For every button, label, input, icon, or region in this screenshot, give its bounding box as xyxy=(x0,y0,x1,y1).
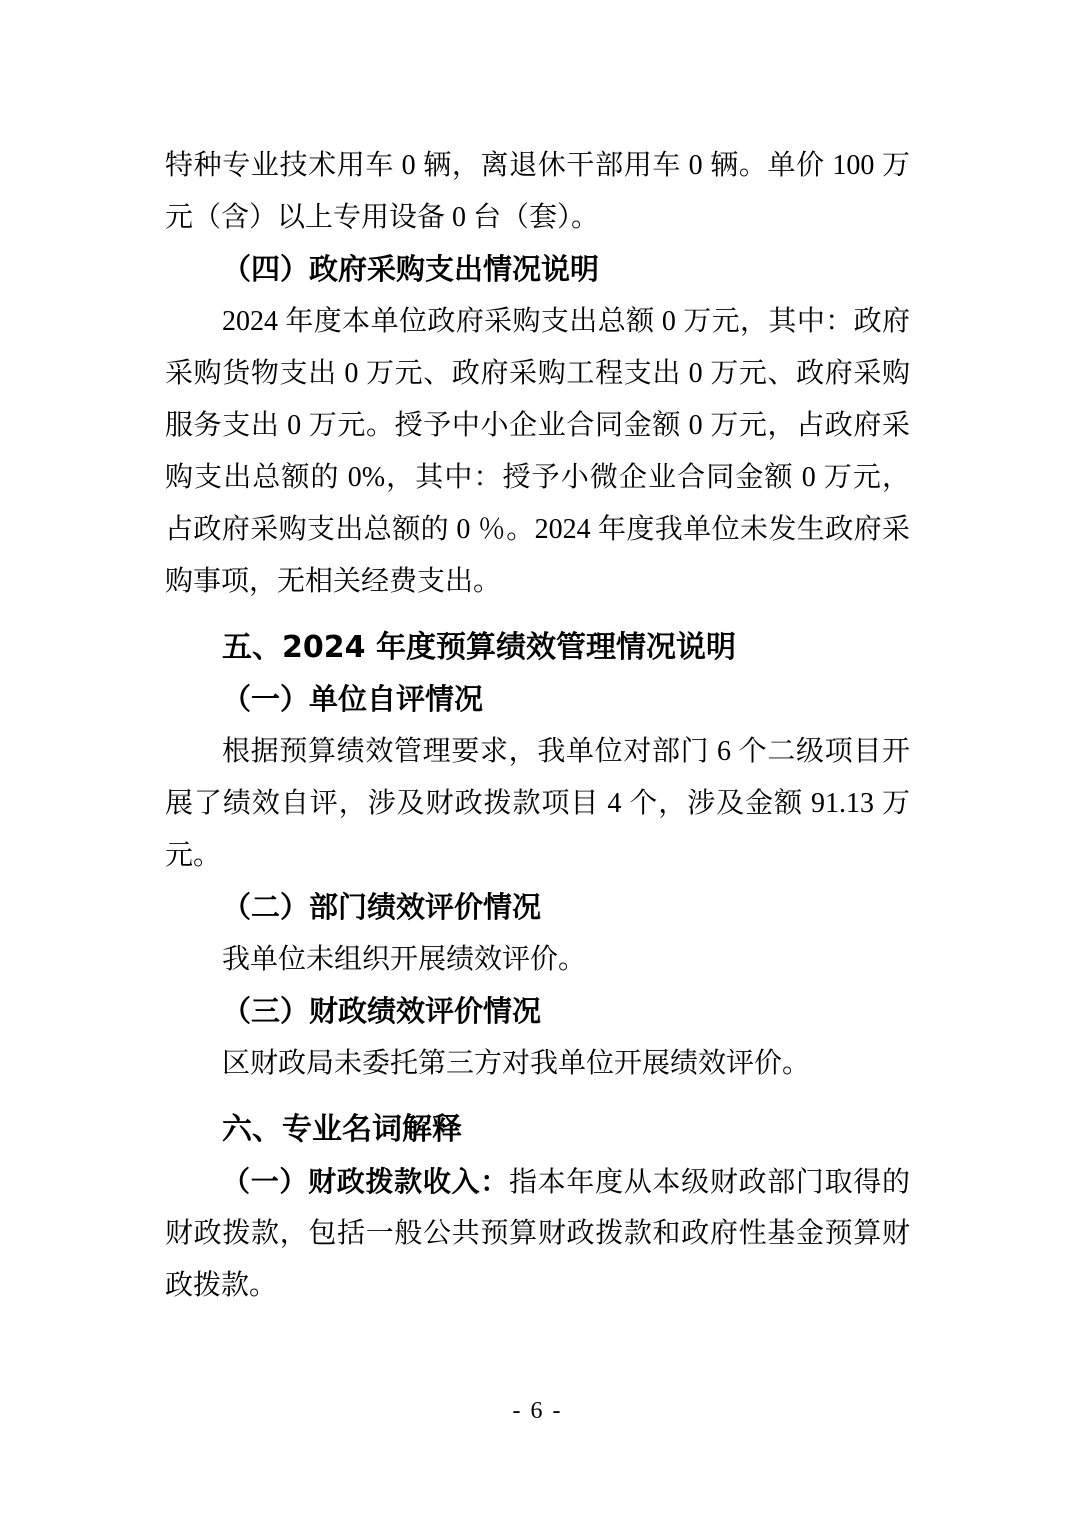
paragraph-line: 财政拨款，包括一般公共预算财政拨款和政府性基金预算财 xyxy=(165,1208,910,1260)
subsection-heading: （三）财政绩效评价情况 xyxy=(165,986,910,1038)
heiti-inline-segment: （一）财政拨款收入： xyxy=(222,1165,509,1198)
kaiti-segment: （二）部门绩效评价情况 xyxy=(222,892,541,924)
text-segment: 财政拨款，包括一般公共预算财政拨款和政府性基金预算财 xyxy=(165,1218,910,1249)
paragraph-line: 根据预算绩效管理要求，我单位对部门 6 个二级项目开 xyxy=(165,726,910,778)
text-segment: 区财政局未委托第三方对我单位开展绩效评价。 xyxy=(222,1048,810,1079)
page-footer: - 6 - xyxy=(0,1398,1075,1442)
paragraph-line: 2024 年度本单位政府采购支出总额 0 万元，其中：政府 xyxy=(165,296,910,348)
document-lines: 特种专业技术用车 0 辆，离退休干部用车 0 辆。单价 100 万元（含）以上专… xyxy=(165,140,910,1312)
text-segment: 根据预算绩效管理要求，我单位对部门 6 个二级项目开 xyxy=(222,736,910,767)
text-segment: 占政府采购支出总额的 0 ％。2024 年度我单位未发生政府采 xyxy=(165,514,910,545)
paragraph-line: 我单位未组织开展绩效评价。 xyxy=(165,934,910,986)
paragraph-line: 服务支出 0 万元。授予中小企业合同金额 0 万元，占政府采 xyxy=(165,400,910,452)
kaiti-segment: （四）政府采购支出情况说明 xyxy=(222,254,599,286)
text-segment: 展了绩效自评，涉及财政拨款项目 4 个，涉及金额 91.13 万 xyxy=(165,788,910,819)
text-segment: 我单位未组织开展绩效评价。 xyxy=(222,944,586,975)
paragraph-line: 展了绩效自评，涉及财政拨款项目 4 个，涉及金额 91.13 万 xyxy=(165,778,910,830)
heiti-segment: 五、2024 年度预算绩效管理情况说明 xyxy=(222,630,736,665)
paragraph-line: 区财政局未委托第三方对我单位开展绩效评价。 xyxy=(165,1038,910,1090)
paragraph-line: 政拨款。 xyxy=(165,1260,910,1312)
paragraph-line: 购事项，无相关经费支出。 xyxy=(165,556,910,608)
text-segment: 服务支出 0 万元。授予中小企业合同金额 0 万元，占政府采 xyxy=(165,410,910,441)
text-segment: 元（含）以上专用设备 0 台（套）。 xyxy=(165,202,599,233)
text-segment: 购支出总额的 0%，其中：授予小微企业合同金额 0 万元， xyxy=(165,462,910,493)
text-segment: 政拨款。 xyxy=(165,1270,277,1301)
paragraph-line: 元（含）以上专用设备 0 台（套）。 xyxy=(165,192,910,244)
text-segment: 指本年度从本级财政部门取得的 xyxy=(509,1167,910,1198)
section-heading: 六、专业名词解释 xyxy=(165,1104,910,1156)
section-heading: 五、2024 年度预算绩效管理情况说明 xyxy=(165,622,910,674)
subsection-heading: （四）政府采购支出情况说明 xyxy=(165,244,910,296)
paragraph-line: （一）财政拨款收入：指本年度从本级财政部门取得的 xyxy=(165,1156,910,1208)
paragraph-line: 采购货物支出 0 万元、政府采购工程支出 0 万元、政府采购 xyxy=(165,348,910,400)
text-segment: 2024 年度本单位政府采购支出总额 0 万元，其中：政府 xyxy=(222,306,910,337)
text-segment: 特种专业技术用车 0 辆，离退休干部用车 0 辆。单价 100 万 xyxy=(165,150,910,181)
kaiti-segment: （一）单位自评情况 xyxy=(222,684,483,716)
subsection-heading: （二）部门绩效评价情况 xyxy=(165,882,910,934)
text-segment: 采购货物支出 0 万元、政府采购工程支出 0 万元、政府采购 xyxy=(165,358,910,389)
paragraph-line: 特种专业技术用车 0 辆，离退休干部用车 0 辆。单价 100 万 xyxy=(165,140,910,192)
paragraph-line: 元。 xyxy=(165,830,910,882)
paragraph-line: 购支出总额的 0%，其中：授予小微企业合同金额 0 万元， xyxy=(165,452,910,504)
paragraph-line: 占政府采购支出总额的 0 ％。2024 年度我单位未发生政府采 xyxy=(165,504,910,556)
page-number: - 6 - xyxy=(513,1398,563,1424)
text-segment: 元。 xyxy=(165,840,221,871)
subsection-heading: （一）单位自评情况 xyxy=(165,674,910,726)
kaiti-segment: （三）财政绩效评价情况 xyxy=(222,996,541,1028)
heiti-segment: 六、专业名词解释 xyxy=(222,1112,462,1147)
text-segment: 购事项，无相关经费支出。 xyxy=(165,566,501,597)
document-page: 特种专业技术用车 0 辆，离退休干部用车 0 辆。单价 100 万元（含）以上专… xyxy=(0,0,1075,1520)
